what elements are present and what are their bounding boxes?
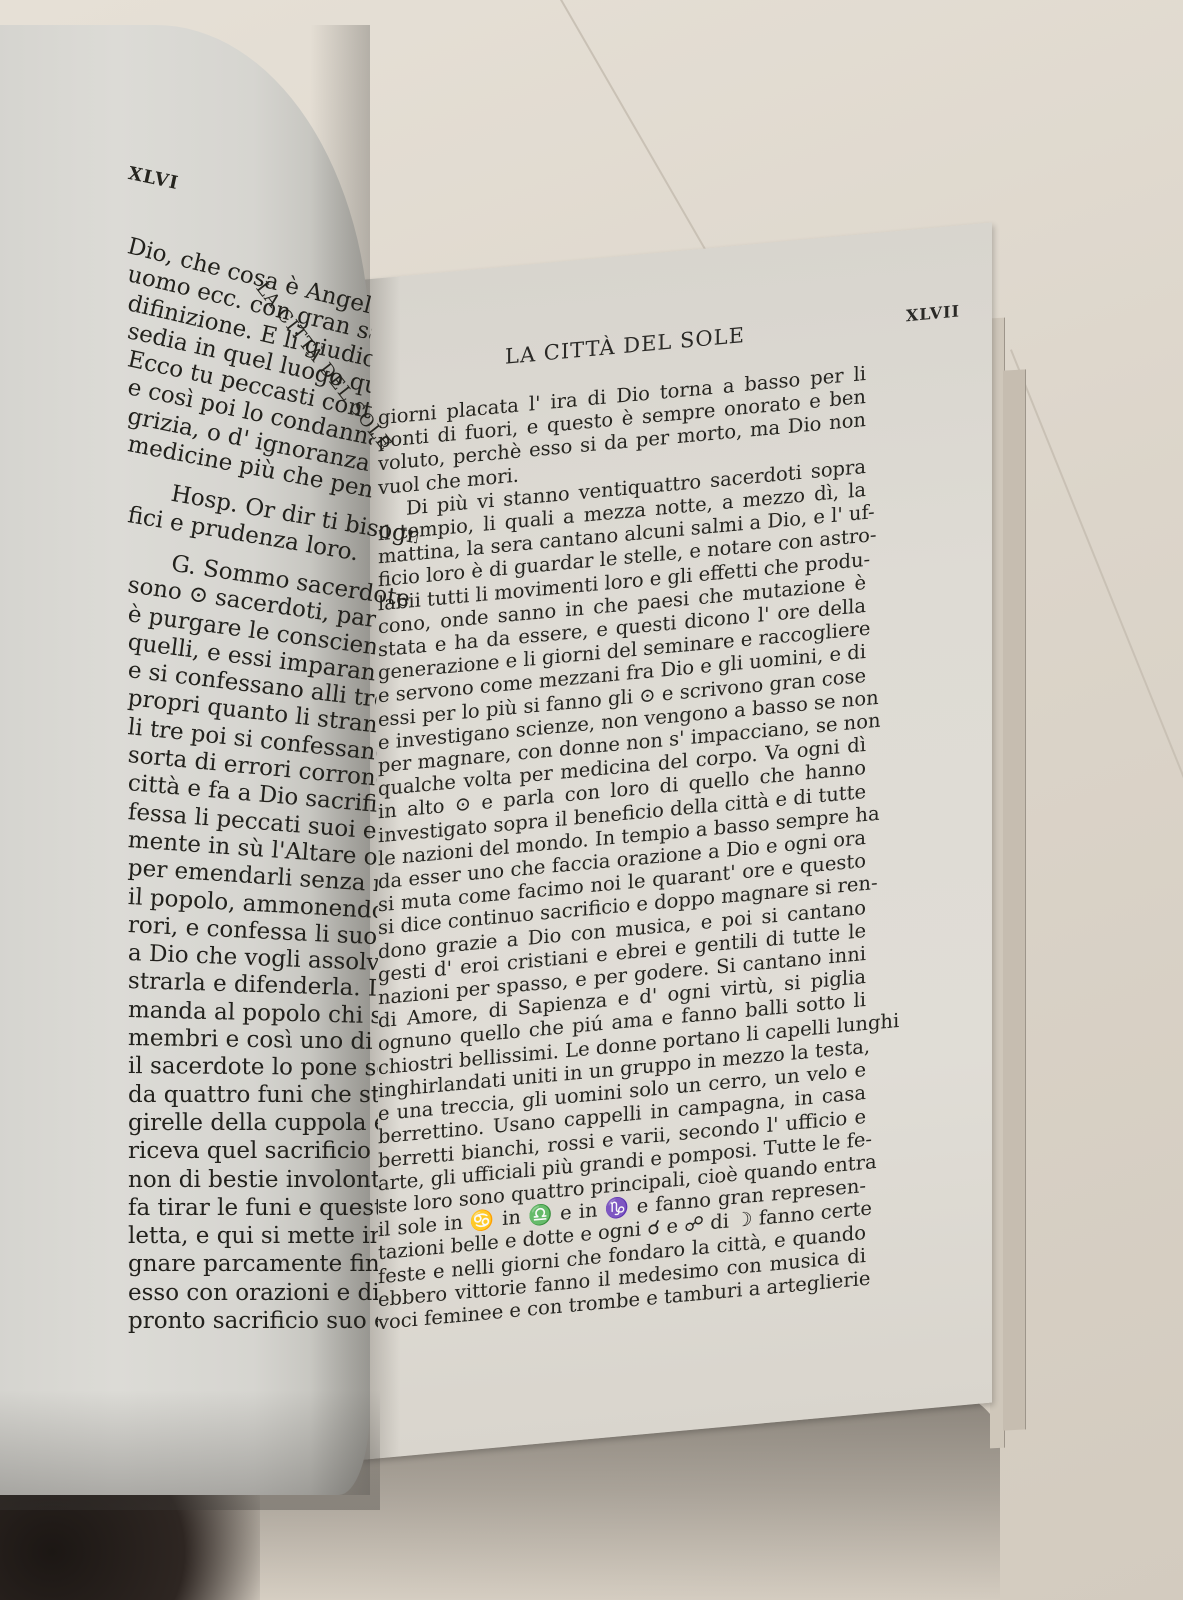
text-line: fa tirar le funi e questo bbox=[128, 1194, 378, 1222]
cover-edge bbox=[1003, 369, 1026, 1430]
text-line: non di bestie involontarie, come bbox=[128, 1166, 378, 1194]
text-line: pronto sacrificio suo e così bbox=[128, 1307, 378, 1335]
right-page-body: giorni placata l' ira di Dio torna a bas… bbox=[378, 362, 866, 1335]
floor-seam bbox=[1010, 349, 1183, 999]
text-line: gnare parcamente fin tanto che bbox=[128, 1250, 378, 1278]
text-line: esso con orazioni e digiuni bbox=[128, 1279, 378, 1307]
text-line: da quattro funi che stanno attaccate bbox=[128, 1081, 378, 1109]
right-page-header: LA CITTÀ DEL SOLE XLVII bbox=[360, 300, 992, 388]
left-page-shadow bbox=[0, 1390, 380, 1510]
text-line: letta, e qui si mette in orazione bbox=[128, 1222, 378, 1250]
right-page: LA CITTÀ DEL SOLE XLVII giorni placata l… bbox=[360, 222, 992, 1460]
page-number: XLVII bbox=[906, 301, 960, 325]
text-line: riceva quel sacrificio nobile e bbox=[128, 1137, 378, 1165]
text-line: girelle della cuppola e fatta bbox=[128, 1109, 378, 1137]
running-header: LA CITTÀ DEL SOLE bbox=[505, 323, 745, 369]
photo-scene: LA CITTÀ DEL SOLE XLVII giorni placata l… bbox=[0, 0, 1183, 1600]
left-page-body: Dio, che cosa è Angelo, che cosauomo ecc… bbox=[128, 232, 388, 1335]
text-line: il sacerdote lo pone sopra una bbox=[128, 1052, 378, 1082]
